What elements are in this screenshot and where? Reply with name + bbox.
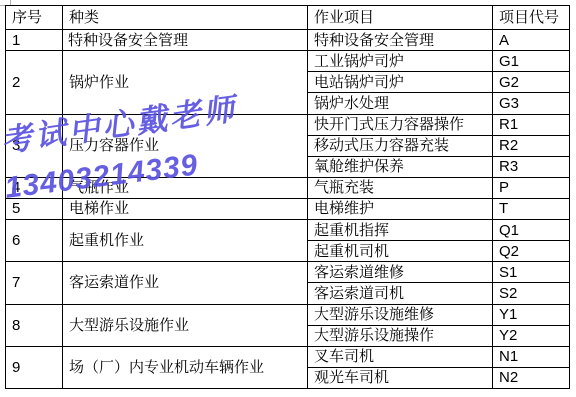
item-cell: 叉车司机 [308,346,493,367]
category-cell: 气瓶作业 [63,177,308,198]
code-cell: N1 [493,346,570,367]
row-number-cell: 9 [6,346,63,388]
code-cell: R1 [493,114,570,135]
item-cell: 大型游乐设施操作 [308,325,493,346]
row-number-cell: 7 [6,262,63,304]
item-cell: 移动式压力容器充装 [308,135,493,156]
code-cell: S2 [493,283,570,304]
code-cell: P [493,177,570,198]
table-row: 4 气瓶作业 气瓶充装 P [6,177,570,198]
item-cell: 起重机司机 [308,241,493,262]
code-cell: Y1 [493,304,570,325]
category-cell: 特种设备安全管理 [63,30,308,51]
table-row: 6 起重机作业 起重机指挥 Q1 [6,220,570,241]
table-row: 1 特种设备安全管理 特种设备安全管理 A [6,30,570,51]
table-row: 2 锅炉作业 工业锅炉司炉 G1 [6,51,570,72]
item-cell: 气瓶充装 [308,177,493,198]
header-category: 种类 [63,6,308,30]
code-cell: R3 [493,156,570,177]
item-cell: 特种设备安全管理 [308,30,493,51]
item-cell: 快开门式压力容器操作 [308,114,493,135]
code-cell: R2 [493,135,570,156]
row-number-cell: 3 [6,114,63,177]
code-cell: Q1 [493,220,570,241]
item-cell: 氧舱维护保养 [308,156,493,177]
table-row: 5 电梯作业 电梯维护 T [6,199,570,220]
item-cell: 工业锅炉司炉 [308,51,493,72]
category-cell: 场（厂）内专业机动车辆作业 [63,346,308,388]
item-cell: 电站锅炉司炉 [308,72,493,93]
category-cell: 锅炉作业 [63,51,308,114]
row-number-cell: 5 [6,199,63,220]
code-cell: Y2 [493,325,570,346]
table-row: 8 大型游乐设施作业 大型游乐设施维修 Y1 [6,304,570,325]
row-number-cell: 2 [6,51,63,114]
row-number-cell: 8 [6,304,63,346]
category-cell: 压力容器作业 [63,114,308,177]
category-cell: 客运索道作业 [63,262,308,304]
item-cell: 电梯维护 [308,199,493,220]
item-cell: 锅炉水处理 [308,93,493,114]
table-row: 9 场（厂）内专业机动车辆作业 叉车司机 N1 [6,346,570,367]
code-cell: G2 [493,72,570,93]
row-number-cell: 1 [6,30,63,51]
code-cell: A [493,30,570,51]
row-number-cell: 6 [6,220,63,262]
item-cell: 客运索道维修 [308,262,493,283]
code-cell: N2 [493,367,570,388]
item-cell: 大型游乐设施维修 [308,304,493,325]
code-cell: T [493,199,570,220]
certificate-category-table: 序号 种类 作业项目 项目代号 1 特种设备安全管理 特种设备安全管理 A 2 … [5,5,570,389]
code-cell: S1 [493,262,570,283]
row-number-cell: 4 [6,177,63,198]
item-cell: 观光车司机 [308,367,493,388]
code-cell: Q2 [493,241,570,262]
header-serial-number: 序号 [6,6,63,30]
header-item-code: 项目代号 [493,6,570,30]
table-row: 7 客运索道作业 客运索道维修 S1 [6,262,570,283]
category-cell: 大型游乐设施作业 [63,304,308,346]
category-cell: 起重机作业 [63,220,308,262]
header-work-item: 作业项目 [308,6,493,30]
item-cell: 起重机指挥 [308,220,493,241]
item-cell: 客运索道司机 [308,283,493,304]
header-row: 序号 种类 作业项目 项目代号 [6,6,570,30]
code-cell: G1 [493,51,570,72]
code-cell: G3 [493,93,570,114]
table-row: 3 压力容器作业 快开门式压力容器操作 R1 [6,114,570,135]
category-cell: 电梯作业 [63,199,308,220]
